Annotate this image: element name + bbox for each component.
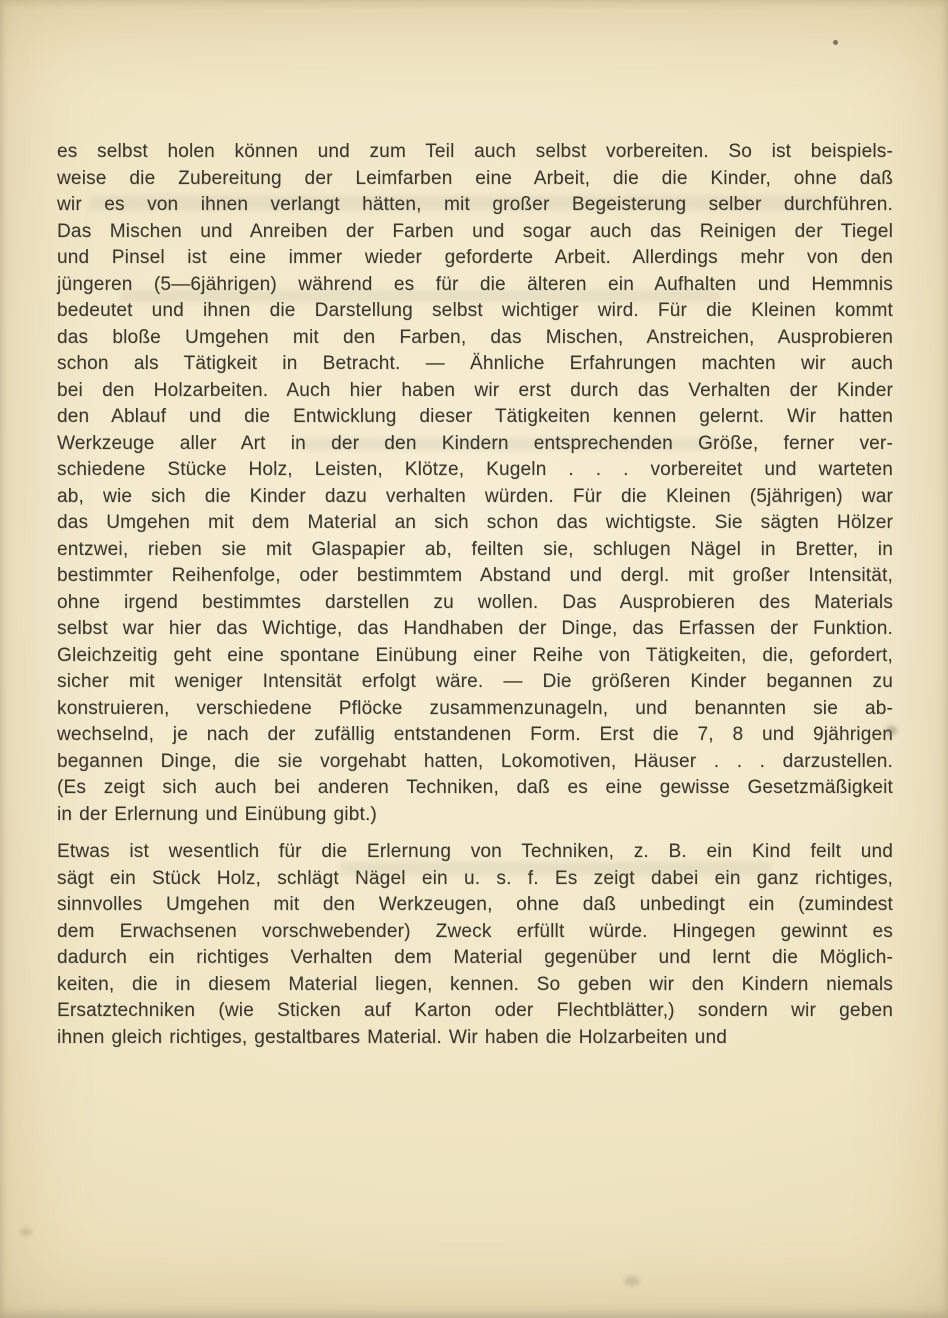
- smudge-mark: [20, 1228, 32, 1236]
- text-line: den Ablauf und die Entwicklung dieser Tä…: [57, 404, 893, 431]
- smudge-mark: [624, 1276, 640, 1286]
- text-line: bei den Holzarbeiten. Auch hier haben wi…: [57, 378, 893, 405]
- text-line: bedeutet und ihnen die Darstellung selbs…: [57, 298, 893, 325]
- text-line: sägt ein Stück Holz, schlägt Nägel ein u…: [57, 866, 893, 893]
- text-line: Gleichzeitig geht eine spontane Einübung…: [57, 643, 893, 670]
- text-line: bestimmter Reihenfolge, oder bestimmtem …: [57, 563, 893, 590]
- scanned-document-page: es selbst holen können und zum Teil auch…: [0, 0, 948, 1318]
- paragraph: es selbst holen können und zum Teil auch…: [57, 139, 893, 828]
- text-line: ohne irgend bestimmtes darstellen zu wol…: [57, 590, 893, 617]
- text-line: das bloße Umgehen mit den Farben, das Mi…: [57, 325, 893, 352]
- ink-speck: [833, 40, 838, 45]
- text-line: jüngeren (5—6jährigen) während es für di…: [57, 272, 893, 299]
- text-line: sicher mit weniger Intensität erfolgt wä…: [57, 669, 893, 696]
- text-line: (Es zeigt sich auch bei anderen Technike…: [57, 775, 893, 802]
- paragraph: Etwas ist wesentlich für die Erlernung v…: [57, 839, 893, 1051]
- text-line: dadurch ein richtiges Verhalten dem Mate…: [57, 945, 893, 972]
- text-line: Das Mischen und Anreiben der Farben und …: [57, 219, 893, 246]
- text-line: wechselnd, je nach der zufällig entstand…: [57, 722, 893, 749]
- text-line: es selbst holen können und zum Teil auch…: [57, 139, 893, 166]
- text-line: Ersatztechniken (wie Sticken auf Karton …: [57, 998, 893, 1025]
- text-line: konstruieren, verschiedene Pflöcke zusam…: [57, 696, 893, 723]
- text-line: Werkzeuge aller Art in der den Kindern e…: [57, 431, 893, 458]
- text-line: schon als Tätigkeit in Betracht. — Ähnli…: [57, 351, 893, 378]
- text-line: und Pinsel ist eine immer wieder geforde…: [57, 245, 893, 272]
- text-line: entzwei, rieben sie mit Glaspapier ab, f…: [57, 537, 893, 564]
- text-line: ab, wie sich die Kinder dazu verhalten w…: [57, 484, 893, 511]
- text-line: selbst war hier das Wichtige, das Handha…: [57, 616, 893, 643]
- text-line: das Umgehen mit dem Material an sich sch…: [57, 510, 893, 537]
- text-line: ihnen gleich richtiges, gestaltbares Mat…: [57, 1025, 893, 1052]
- text-line: wir es von ihnen verlangt hätten, mit gr…: [57, 192, 893, 219]
- text-line: keiten, die in diesem Material liegen, k…: [57, 972, 893, 999]
- text-line: begannen Dinge, die sie vorgehabt hatten…: [57, 749, 893, 776]
- text-line: sinnvolles Umgehen mit den Werkzeugen, o…: [57, 892, 893, 919]
- text-line: in der Erlernung und Einübung gibt.): [57, 802, 893, 829]
- text-line: dem Erwachsenen vorschwebender) Zweck er…: [57, 919, 893, 946]
- text-line: schiedene Stücke Holz, Leisten, Klötze, …: [57, 457, 893, 484]
- text-line: Etwas ist wesentlich für die Erlernung v…: [57, 839, 893, 866]
- text-line: weise die Zubereitung der Leimfarben ein…: [57, 166, 893, 193]
- body-text: es selbst holen können und zum Teil auch…: [57, 139, 893, 1051]
